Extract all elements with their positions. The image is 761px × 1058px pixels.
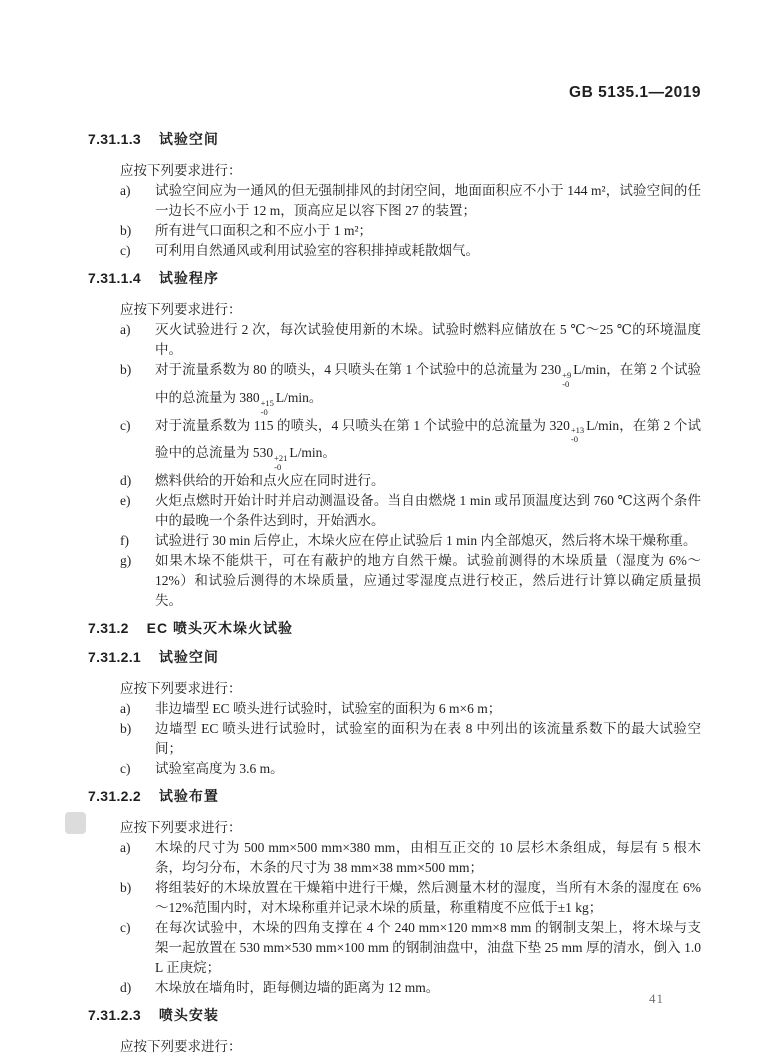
section-intro: 应按下列要求进行： (120, 818, 701, 838)
scan-artifact (65, 812, 86, 834)
list-item: c)对于流量系数为 115 的喷头，4 只喷头在第 1 个试验中的总流量为 32… (88, 416, 701, 472)
item-label: c) (120, 759, 131, 779)
list-item: c)可利用自然通风或利用试验室的容积排掉或耗散烟气。 (88, 241, 701, 261)
item-label: a) (120, 838, 131, 858)
item-label: a) (120, 320, 131, 340)
item-label: c) (120, 918, 131, 938)
item-text: 在每次试验中，木垛的四角支撑在 4 个 240 mm×120 mm×8 mm 的… (155, 920, 701, 975)
list-item: b)边墙型 EC 喷头进行试验时，试验室的面积为在表 8 中列出的该流量系数下的… (88, 719, 701, 759)
document-body: 7.31.1.3 试验空间 应按下列要求进行： a)试验空间应为一通风的但无强制… (88, 132, 701, 1057)
section-number: 7.31.2 (88, 620, 129, 636)
standard-number-header: GB 5135.1—2019 (88, 84, 701, 101)
item-text: 试验进行 30 min 后停止，木垛火应在停止试验后 1 min 内全部熄灭，然… (155, 533, 697, 548)
list-item: c)在每次试验中，木垛的四角支撑在 4 个 240 mm×120 mm×8 mm… (88, 918, 701, 978)
item-label: f) (120, 531, 129, 551)
item-text: 所有进气口面积之和不应小于 1 m²； (155, 223, 372, 238)
list-item: f)试验进行 30 min 后停止，木垛火应在停止试验后 1 min 内全部熄灭… (88, 531, 701, 551)
item-label: g) (120, 551, 131, 571)
tolerance-value: +21-0 (274, 454, 287, 471)
section-title: 试验布置 (159, 788, 219, 804)
item-label: b) (120, 719, 131, 739)
section-number: 7.31.2.1 (88, 649, 141, 665)
item-text: 木垛的尺寸为 500 mm×500 mm×380 mm，由相互正交的 10 层杉… (155, 840, 701, 875)
item-text: 非边墙型 EC 喷头进行试验时，试验室的面积为 6 m×6 m； (155, 701, 501, 716)
list-item: b)对于流量系数为 80 的喷头，4 只喷头在第 1 个试验中的总流量为 230… (88, 360, 701, 416)
item-text: 试验室高度为 3.6 m。 (155, 761, 284, 776)
list-item: c)试验室高度为 3.6 m。 (88, 759, 701, 779)
item-label: c) (120, 241, 131, 261)
item-text: 对于流量系数为 80 的喷头，4 只喷头在第 1 个试验中的总流量为 230+9… (155, 362, 701, 405)
item-text: 如果木垛不能烘干，可在有蔽护的地方自然干燥。试验前测得的木垛质量（湿度为 6%～… (155, 553, 701, 608)
list-item: d)燃料供给的开始和点火应在同时进行。 (88, 471, 701, 491)
section-title: 喷头安装 (159, 1007, 219, 1023)
section-title: 试验空间 (159, 131, 219, 147)
section-heading: 7.31.1.4 试验程序 (88, 271, 701, 286)
section-heading: 7.31.2.3 喷头安装 (88, 1008, 701, 1023)
section-number: 7.31.1.4 (88, 270, 141, 286)
requirement-list: a)灭火试验进行 2 次，每次试验使用新的木垛。试验时燃料应储放在 5 ℃～25… (88, 320, 701, 611)
item-label: b) (120, 878, 131, 898)
section-7-31-2-1: 7.31.2.1 试验空间 应按下列要求进行： a)非边墙型 EC 喷头进行试验… (88, 650, 701, 779)
list-item: g)如果木垛不能烘干，可在有蔽护的地方自然干燥。试验前测得的木垛质量（湿度为 6… (88, 551, 701, 611)
section-intro: 应按下列要求进行： (120, 300, 701, 320)
section-number: 7.31.1.3 (88, 131, 141, 147)
requirement-list: a)试验空间应为一通风的但无强制排风的封闭空间，地面面积应不小于 144 m²，… (88, 181, 701, 261)
section-heading: 7.31.2.1 试验空间 (88, 650, 701, 665)
section-number: 7.31.2.2 (88, 788, 141, 804)
requirement-list: a)非边墙型 EC 喷头进行试验时，试验室的面积为 6 m×6 m；b)边墙型 … (88, 699, 701, 779)
item-label: d) (120, 978, 131, 998)
section-title: 试验程序 (159, 270, 219, 286)
tolerance-value: +13-0 (571, 426, 584, 443)
item-text: 火炬点燃时开始计时并启动测温设备。当自由燃烧 1 min 或吊顶温度达到 760… (155, 493, 701, 528)
section-7-31-2-2: 7.31.2.2 试验布置 应按下列要求进行： a)木垛的尺寸为 500 mm×… (88, 789, 701, 998)
tolerance-value: +15-0 (261, 399, 274, 416)
section-7-31-2: 7.31.2 EC 喷头灭木垛火试验 (88, 621, 701, 636)
item-text: 将组装好的木垛放置在干燥箱中进行干燥，然后测量木材的湿度，当所有木条的湿度在 6… (155, 880, 701, 915)
section-7-31-1-4: 7.31.1.4 试验程序 应按下列要求进行： a)灭火试验进行 2 次，每次试… (88, 271, 701, 611)
section-7-31-1-3: 7.31.1.3 试验空间 应按下列要求进行： a)试验空间应为一通风的但无强制… (88, 132, 701, 261)
item-label: e) (120, 491, 131, 511)
list-item: b)所有进气口面积之和不应小于 1 m²； (88, 221, 701, 241)
list-item: e)火炬点燃时开始计时并启动测温设备。当自由燃烧 1 min 或吊顶温度达到 7… (88, 491, 701, 531)
list-item: a)非边墙型 EC 喷头进行试验时，试验室的面积为 6 m×6 m； (88, 699, 701, 719)
section-title: 试验空间 (159, 649, 219, 665)
item-text: 试验空间应为一通风的但无强制排风的封闭空间，地面面积应不小于 144 m²，试验… (155, 183, 701, 218)
section-intro: 应按下列要求进行： (120, 161, 701, 181)
item-label: b) (120, 360, 131, 380)
item-text: 边墙型 EC 喷头进行试验时，试验室的面积为在表 8 中列出的该流量系数下的最大… (155, 721, 701, 756)
requirement-list: a)木垛的尺寸为 500 mm×500 mm×380 mm，由相互正交的 10 … (88, 838, 701, 998)
section-intro: 应按下列要求进行： (120, 1037, 701, 1057)
section-heading: 7.31.2 EC 喷头灭木垛火试验 (88, 621, 701, 636)
page-number: 41 (649, 992, 664, 1006)
tolerance-value: +9-0 (562, 371, 571, 388)
item-text: 灭火试验进行 2 次，每次试验使用新的木垛。试验时燃料应储放在 5 ℃～25 ℃… (155, 322, 701, 357)
item-label: a) (120, 181, 131, 201)
section-intro: 应按下列要求进行： (120, 679, 701, 699)
section-number: 7.31.2.3 (88, 1007, 141, 1023)
section-7-31-2-3: 7.31.2.3 喷头安装 应按下列要求进行： (88, 1008, 701, 1057)
section-title: EC 喷头灭木垛火试验 (147, 620, 293, 636)
item-text: 燃料供给的开始和点火应在同时进行。 (155, 473, 385, 488)
item-label: a) (120, 699, 131, 719)
list-item: a)木垛的尺寸为 500 mm×500 mm×380 mm，由相互正交的 10 … (88, 838, 701, 878)
section-heading: 7.31.1.3 试验空间 (88, 132, 701, 147)
section-heading: 7.31.2.2 试验布置 (88, 789, 701, 804)
item-text: 对于流量系数为 115 的喷头，4 只喷头在第 1 个试验中的总流量为 320+… (155, 418, 701, 461)
standard-number: GB 5135.1—2019 (569, 84, 701, 101)
item-text: 木垛放在墙角时，距每侧边墙的距离为 12 mm。 (155, 980, 439, 995)
list-item: b)将组装好的木垛放置在干燥箱中进行干燥，然后测量木材的湿度，当所有木条的湿度在… (88, 878, 701, 918)
list-item: a)试验空间应为一通风的但无强制排风的封闭空间，地面面积应不小于 144 m²，… (88, 181, 701, 221)
item-label: b) (120, 221, 131, 241)
document-page: GB 5135.1—2019 7.31.1.3 试验空间 应按下列要求进行： a… (0, 0, 761, 1058)
item-text: 可利用自然通风或利用试验室的容积排掉或耗散烟气。 (155, 243, 479, 258)
item-label: d) (120, 471, 131, 491)
item-label: c) (120, 416, 131, 436)
list-item: a)灭火试验进行 2 次，每次试验使用新的木垛。试验时燃料应储放在 5 ℃～25… (88, 320, 701, 360)
list-item: d)木垛放在墙角时，距每侧边墙的距离为 12 mm。 (88, 978, 701, 998)
